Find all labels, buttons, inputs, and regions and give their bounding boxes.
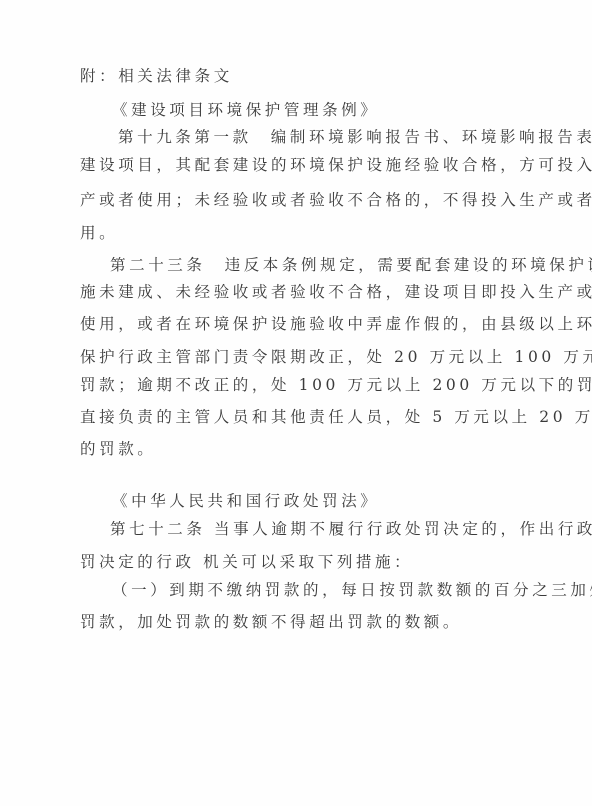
attachment-heading: 附：相关法律条文 bbox=[80, 66, 520, 86]
paragraph-line: 建设项目，其配套建设的环境保护设施经验收合格，方可投入生 bbox=[80, 155, 520, 175]
paragraph-line: 直接负责的主管人员和其他责任人员，处 5 万元以上 20 万元以下 bbox=[80, 407, 520, 427]
paragraph-line: （一）到期不缴纳罚款的，每日按罚款数额的百分之三加处 bbox=[112, 580, 552, 600]
paragraph-line: 用。 bbox=[80, 223, 520, 243]
document-page: 附：相关法律条文 《建设项目环境保护管理条例》 第十九条第一款 编制环境影响报告… bbox=[0, 0, 592, 806]
paragraph-line: 罚决定的行政 机关可以采取下列措施： bbox=[80, 552, 520, 572]
paragraph-line: 第二十三条 违反本条例规定，需要配套建设的环境保护设 bbox=[110, 255, 550, 275]
paragraph-line: 第七十二条 当事人逾期不履行行政处罚决定的，作出行政处 bbox=[110, 519, 550, 539]
paragraph-line: 保护行政主管部门责令限期改正，处 20 万元以上 100 万元以下的 bbox=[80, 347, 520, 367]
paragraph-line: 第十九条第一款 编制环境影响报告书、环境影响报告表的 bbox=[118, 127, 558, 147]
paragraph-line: 使用，或者在环境保护设施验收中弄虚作假的，由县级以上环境 bbox=[80, 314, 520, 334]
paragraph-line: 罚款，加处罚款的数额不得超出罚款的数额。 bbox=[80, 612, 520, 632]
paragraph-line: 的罚款。 bbox=[80, 439, 520, 459]
paragraph-line: 施未建成、未经验收或者验收不合格，建设项目即投入生产或者 bbox=[80, 282, 520, 302]
paragraph-line: 罚款；逾期不改正的，处 100 万元以上 200 万元以下的罚款；对 bbox=[80, 375, 520, 395]
law-title: 《中华人民共和国行政处罚法》 bbox=[112, 491, 552, 511]
paragraph-line: 产或者使用；未经验收或者验收不合格的，不得投入生产或者使 bbox=[80, 190, 520, 210]
law-title: 《建设项目环境保护管理条例》 bbox=[112, 100, 552, 120]
